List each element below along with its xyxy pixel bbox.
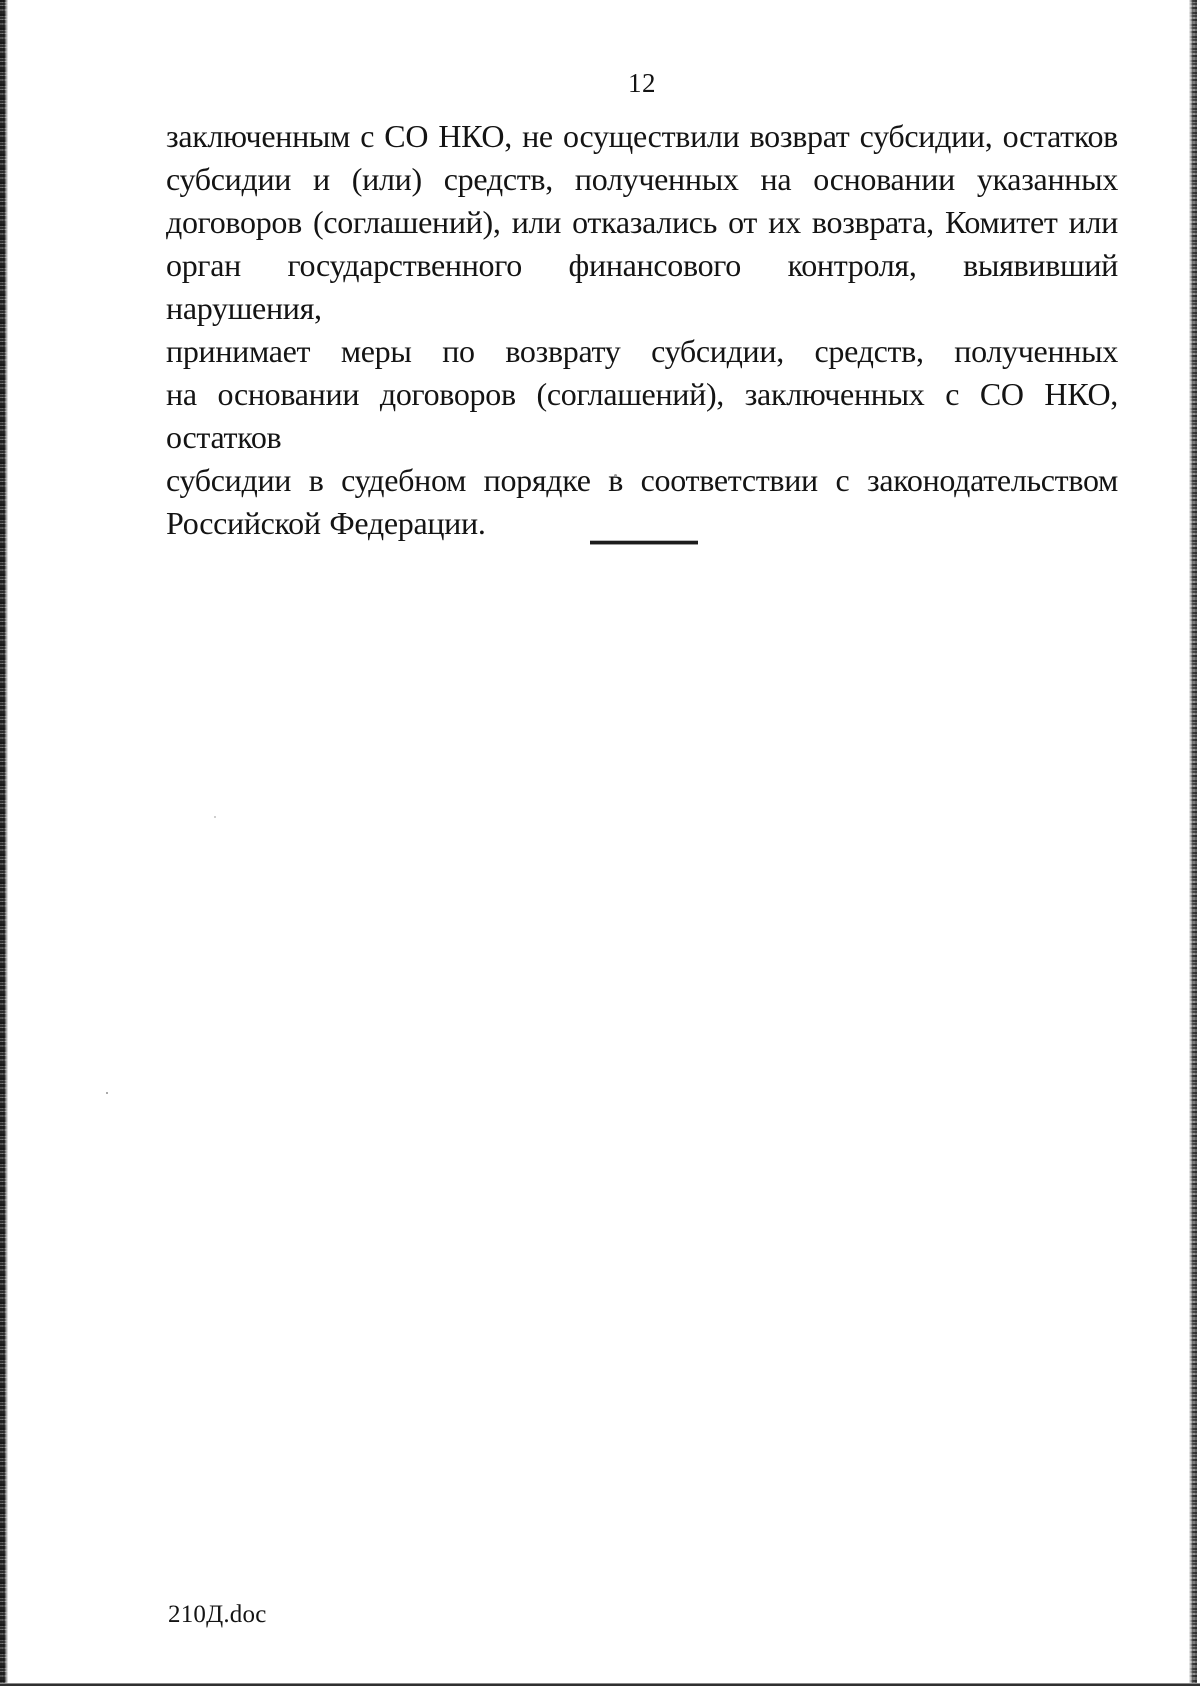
page-number: 12 — [166, 68, 1118, 99]
paragraph-line: договоров (соглашений), или отказались о… — [166, 201, 1118, 244]
scan-noise-left-edge — [0, 0, 8, 1686]
scan-speck — [106, 1092, 108, 1094]
body-paragraph: заключенным с СО НКО, не осуществили воз… — [166, 115, 1118, 545]
paragraph-line: орган государственного финансового контр… — [166, 244, 1118, 330]
document-page: 12 заключенным с СО НКО, не осуществили … — [0, 0, 1200, 1686]
paragraph-line: Российской Федерации. — [166, 502, 1118, 545]
scan-speck — [614, 474, 617, 477]
scan-noise-right-edge — [1189, 0, 1197, 1686]
paragraph-line: субсидии и (или) средств, полученных на … — [166, 158, 1118, 201]
paragraph-line: на основании договоров (соглашений), зак… — [166, 373, 1118, 459]
section-separator — [590, 540, 698, 545]
footer-filename: 210Д.doc — [168, 1601, 267, 1629]
paragraph-line: заключенным с СО НКО, не осуществили воз… — [166, 115, 1118, 158]
scan-speck — [214, 816, 216, 818]
paragraph-line: субсидии в судебном порядке в соответств… — [166, 459, 1118, 502]
paragraph-line: принимает меры по возврату субсидии, сре… — [166, 330, 1118, 373]
